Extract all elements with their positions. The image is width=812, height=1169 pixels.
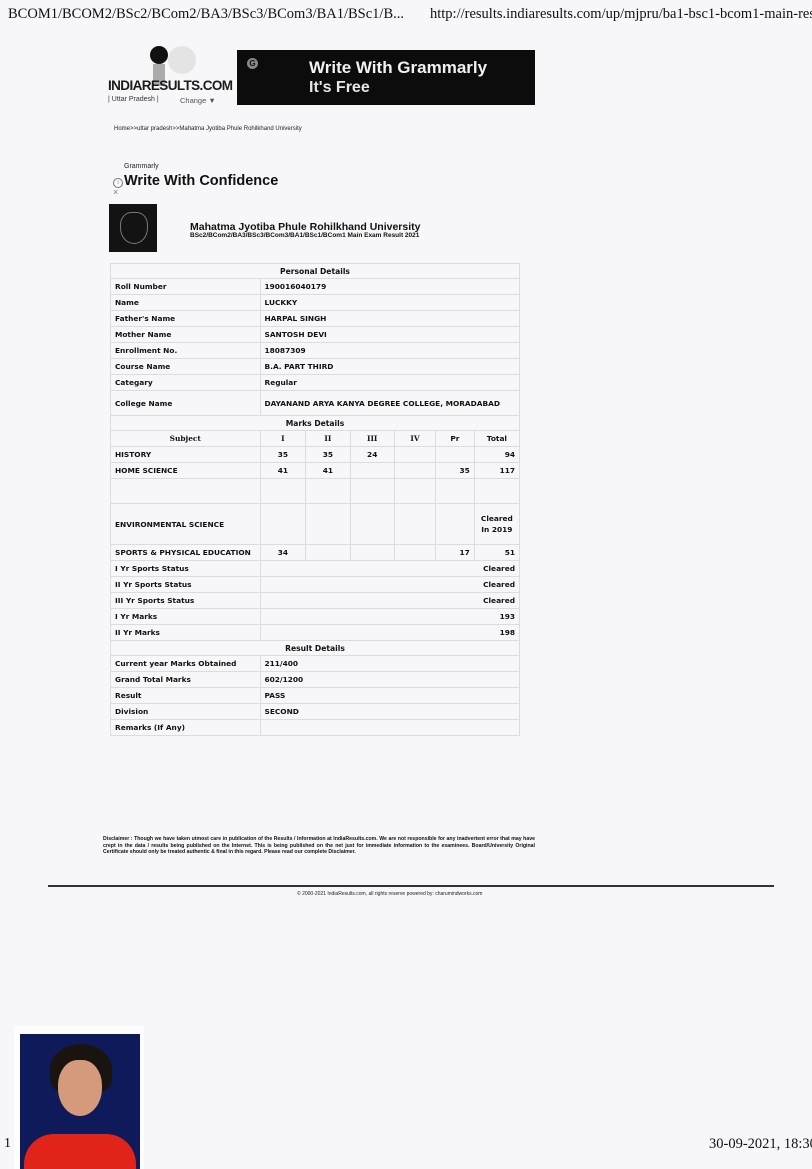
result-value: 211/400 xyxy=(260,656,520,672)
personal-detail-row: Enrollment No. 18087309 xyxy=(111,343,520,359)
site-logo[interactable]: INDIARESULTS.COM | Uttar Pradesh | Chang… xyxy=(108,44,228,106)
detail-value: HARPAL SINGH xyxy=(260,311,520,327)
detail-value: B.A. PART THIRD xyxy=(260,359,520,375)
student-photo xyxy=(14,1026,144,1169)
mark-pr: 17 xyxy=(436,545,475,561)
result-label: Division xyxy=(111,704,261,720)
detail-label: Mother Name xyxy=(111,327,261,343)
subject-name: ENVIRONMENTAL SCIENCE xyxy=(111,504,261,545)
grammarly-icon: G xyxy=(247,58,258,69)
personal-detail-row: Father's Name HARPAL SINGH xyxy=(111,311,520,327)
subject-name: SPORTS & PHYSICAL EDUCATION xyxy=(111,545,261,561)
mark-pr: 35 xyxy=(436,463,475,479)
detail-label: Roll Number xyxy=(111,279,261,295)
mark-iv xyxy=(394,463,435,479)
result-row: Result PASS xyxy=(111,688,520,704)
detail-value: LUCKKY xyxy=(260,295,520,311)
marks-details-row: Marks Details xyxy=(111,416,520,431)
print-timestamp: 30-09-2021, 18:30 xyxy=(709,1136,812,1153)
result-value xyxy=(260,720,520,736)
subject-name: HOME SCIENCE xyxy=(111,463,261,479)
change-state-link[interactable]: Change ▼ xyxy=(180,96,216,105)
grammarly-ad-banner[interactable]: G Write With Grammarly It's Free xyxy=(237,50,535,105)
mark-ii xyxy=(306,479,350,504)
personal-detail-row: Categary Regular xyxy=(111,375,520,391)
ad2-brand: Grammarly xyxy=(124,163,159,170)
subject-row: HISTORY35352494 xyxy=(111,447,520,463)
column-header: II xyxy=(306,431,350,447)
status-value: Cleared xyxy=(260,593,520,609)
mark-iii xyxy=(350,545,394,561)
mark-ii xyxy=(306,504,350,545)
status-row: I Yr Marks 193 xyxy=(111,609,520,625)
mark-iv xyxy=(394,479,435,504)
result-label: Grand Total Marks xyxy=(111,672,261,688)
mark-iv xyxy=(394,545,435,561)
mark-total: 117 xyxy=(474,463,519,479)
result-label: Result xyxy=(111,688,261,704)
status-value: 193 xyxy=(260,609,520,625)
column-header: III xyxy=(350,431,394,447)
detail-label: College Name xyxy=(111,391,261,416)
mark-total: 94 xyxy=(474,447,519,463)
mark-i: 34 xyxy=(260,545,306,561)
detail-label: Categary xyxy=(111,375,261,391)
status-label: I Yr Marks xyxy=(111,609,261,625)
subject-row: SPORTS & PHYSICAL EDUCATION341751 xyxy=(111,545,520,561)
state-label: | Uttar Pradesh | xyxy=(108,96,159,103)
result-value: 602/1200 xyxy=(260,672,520,688)
ad-close-icon[interactable]: × xyxy=(113,187,118,197)
university-emblem-icon xyxy=(109,204,157,252)
marks-details-heading: Marks Details xyxy=(111,416,520,431)
subject-row: HOME SCIENCE414135117 xyxy=(111,463,520,479)
detail-value: DAYANAND ARYA KANYA DEGREE COLLEGE, MORA… xyxy=(260,391,520,416)
result-value: SECOND xyxy=(260,704,520,720)
page-title: BCOM1/BCOM2/BSc2/BCom2/BA3/BSc3/BCom3/BA… xyxy=(8,6,404,23)
detail-label: Enrollment No. xyxy=(111,343,261,359)
status-value: Cleared xyxy=(260,577,520,593)
detail-value: SANTOSH DEVI xyxy=(260,327,520,343)
detail-label: Course Name xyxy=(111,359,261,375)
result-row: Grand Total Marks 602/1200 xyxy=(111,672,520,688)
status-row: II Yr Marks 198 xyxy=(111,625,520,641)
detail-value: Regular xyxy=(260,375,520,391)
detail-label: Father's Name xyxy=(111,311,261,327)
ad-subline: It's Free xyxy=(309,79,370,97)
personal-detail-row: Name LUCKKY xyxy=(111,295,520,311)
detail-value: 190016040179 xyxy=(260,279,520,295)
personal-detail-row: College Name DAYANAND ARYA KANYA DEGREE … xyxy=(111,391,520,416)
mark-iii xyxy=(350,463,394,479)
status-label: II Yr Sports Status xyxy=(111,577,261,593)
mark-pr xyxy=(436,447,475,463)
personal-detail-row: Roll Number 190016040179 xyxy=(111,279,520,295)
ad-headline: Write With Grammarly xyxy=(309,58,487,78)
status-label: I Yr Sports Status xyxy=(111,561,261,577)
mark-ii xyxy=(306,545,350,561)
status-label: II Yr Marks xyxy=(111,625,261,641)
breadcrumb[interactable]: Home>>uttar pradesh>>Mahatma Jyotiba Phu… xyxy=(114,126,302,132)
result-label: Current year Marks Obtained xyxy=(111,656,261,672)
column-header: Pr xyxy=(436,431,475,447)
subject-row xyxy=(111,479,520,504)
status-row: II Yr Sports Status Cleared xyxy=(111,577,520,593)
mark-ii: 35 xyxy=(306,447,350,463)
mark-i xyxy=(260,479,306,504)
result-value: PASS xyxy=(260,688,520,704)
personal-detail-row: Course Name B.A. PART THIRD xyxy=(111,359,520,375)
ad2-title[interactable]: Write With Confidence xyxy=(124,173,278,189)
personal-details-heading: Personal Details xyxy=(111,264,520,279)
status-row: I Yr Sports Status Cleared xyxy=(111,561,520,577)
result-row: Remarks (If Any) xyxy=(111,720,520,736)
disclaimer: Disclaimer : Though we have taken utmost… xyxy=(103,836,535,856)
status-label: III Yr Sports Status xyxy=(111,593,261,609)
mark-iii xyxy=(350,504,394,545)
mark-iii xyxy=(350,479,394,504)
detail-label: Name xyxy=(111,295,261,311)
column-header: Total xyxy=(474,431,519,447)
column-header: I xyxy=(260,431,306,447)
mark-iii: 24 xyxy=(350,447,394,463)
page-number: 1 xyxy=(4,1136,11,1152)
subject-row: ENVIRONMENTAL SCIENCECleared In 2019 xyxy=(111,504,520,545)
copyright: © 2000-2021 IndiaResults.com, all rights… xyxy=(297,891,482,897)
mark-i: 41 xyxy=(260,463,306,479)
detail-value: 18087309 xyxy=(260,343,520,359)
marks-header-row: SubjectIIIIIIIVPrTotal xyxy=(111,431,520,447)
subject-name: HISTORY xyxy=(111,447,261,463)
result-row: Division SECOND xyxy=(111,704,520,720)
mark-i xyxy=(260,504,306,545)
site-brand: INDIARESULTS.COM xyxy=(108,78,232,93)
result-details-heading: Result Details xyxy=(111,641,520,656)
status-value: 198 xyxy=(260,625,520,641)
result-table: Personal Details Roll Number 19001604017… xyxy=(110,263,520,736)
column-header: Subject xyxy=(111,431,261,447)
personal-detail-row: Mother Name SANTOSH DEVI xyxy=(111,327,520,343)
result-details-row: Result Details xyxy=(111,641,520,656)
mark-iv xyxy=(394,504,435,545)
footer-divider xyxy=(48,885,774,887)
mark-iv xyxy=(394,447,435,463)
mark-i: 35 xyxy=(260,447,306,463)
exam-title: BSc2/BCom2/BA3/BSc3/BCom3/BA1/BSc1/BCom1… xyxy=(190,232,419,239)
personal-details-row: Personal Details xyxy=(111,264,520,279)
column-header: IV xyxy=(394,431,435,447)
status-row: III Yr Sports Status Cleared xyxy=(111,593,520,609)
result-row: Current year Marks Obtained 211/400 xyxy=(111,656,520,672)
logo-dot-icon xyxy=(150,46,168,64)
result-label: Remarks (If Any) xyxy=(111,720,261,736)
print-header: BCOM1/BCOM2/BSc2/BCom2/BA3/BSc3/BCom3/BA… xyxy=(8,6,812,28)
mark-total: Cleared In 2019 xyxy=(474,504,519,545)
mark-ii: 41 xyxy=(306,463,350,479)
mark-total: 51 xyxy=(474,545,519,561)
mark-pr xyxy=(436,479,475,504)
page-url: http://results.indiaresults.com/up/mjpru… xyxy=(430,6,812,23)
mark-pr xyxy=(436,504,475,545)
subject-name xyxy=(111,479,261,504)
mark-total xyxy=(474,479,519,504)
status-value: Cleared xyxy=(260,561,520,577)
state-map-icon xyxy=(168,46,196,74)
